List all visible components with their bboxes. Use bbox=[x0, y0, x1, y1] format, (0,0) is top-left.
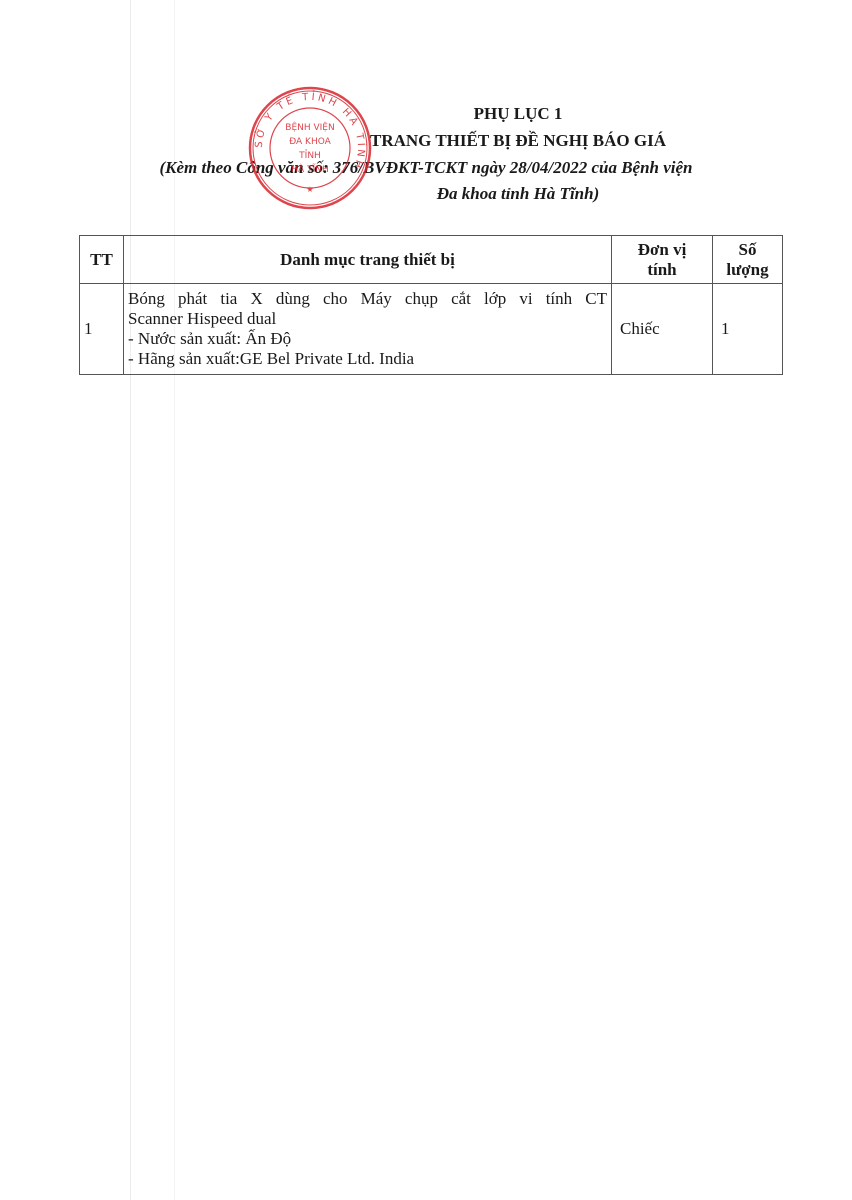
subtitle-line-2: Đa khoa tỉnh Hà Tĩnh) bbox=[92, 184, 852, 204]
header-unit: Đơn vị tính bbox=[612, 236, 713, 284]
desc-line-1: Bóng phát tia X dùng cho Máy chụp cắt lớ… bbox=[128, 289, 607, 309]
header-unit-line-1: Đơn vị bbox=[638, 240, 687, 259]
header-tt: TT bbox=[80, 236, 124, 284]
table-header-row: TT Danh mục trang thiết bị Đơn vị tính S… bbox=[80, 236, 783, 284]
cell-unit: Chiếc bbox=[612, 284, 713, 375]
cell-tt: 1 bbox=[80, 284, 124, 375]
desc-line-2: Scanner Hispeed dual bbox=[128, 309, 607, 329]
desc-line-3: - Nước sản xuất: Ấn Độ bbox=[128, 329, 607, 349]
equipment-table: TT Danh mục trang thiết bị Đơn vị tính S… bbox=[79, 235, 783, 375]
header-unit-line-2: tính bbox=[647, 260, 676, 279]
scan-artifact-line bbox=[174, 0, 175, 1200]
scan-artifact-line bbox=[130, 0, 131, 1200]
appendix-title: PHỤ LỤC 1 bbox=[92, 104, 852, 124]
header-qty: Số lượng bbox=[713, 236, 783, 284]
header-qty-line-2: lượng bbox=[726, 260, 768, 279]
desc-line-4: - Hãng sản xuất:GE Bel Private Ltd. Indi… bbox=[128, 349, 607, 369]
main-title: TRANG THIẾT BỊ ĐỀ NGHỊ BÁO GIÁ bbox=[92, 131, 852, 151]
cell-description: Bóng phát tia X dùng cho Máy chụp cắt lớ… bbox=[124, 284, 612, 375]
header-item: Danh mục trang thiết bị bbox=[124, 236, 612, 284]
subtitle-line-1: (Kèm theo Công văn số: 376/BVĐKT-TCKT ng… bbox=[0, 158, 852, 178]
cell-qty: 1 bbox=[713, 284, 783, 375]
table-row: 1 Bóng phát tia X dùng cho Máy chụp cắt … bbox=[80, 284, 783, 375]
header-qty-line-1: Số bbox=[739, 240, 757, 259]
